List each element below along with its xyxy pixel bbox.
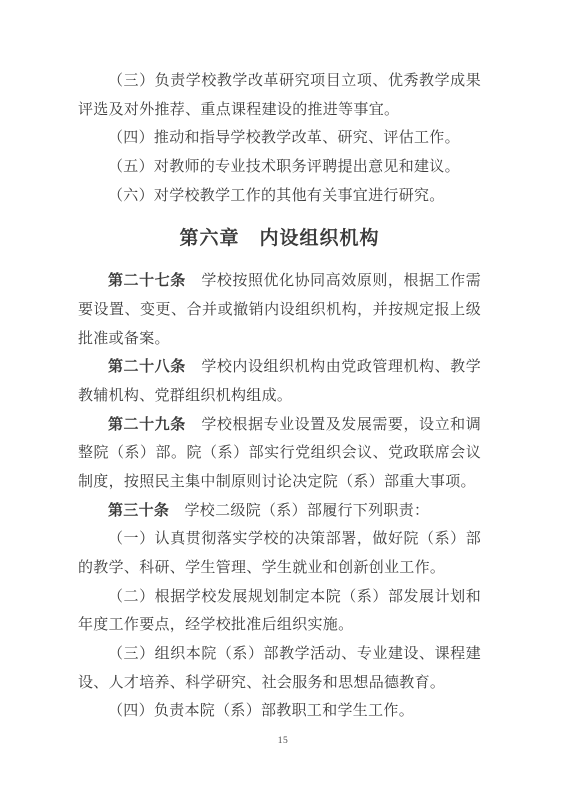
- text-segment: 设、人才培养、科学研究、社会服务和思想品德教育。: [78, 675, 445, 691]
- text-line: 第三十条 学校二级院（系）部履行下列职责：: [78, 497, 481, 526]
- text-line: 整院（系）部。院（系）部实行党组织会议、党政联席会议: [78, 439, 481, 468]
- text-segment: （四）负责本院（系）部教职工和学生工作。: [108, 703, 414, 719]
- text-line: （二）根据学校发展规划制定本院（系）部发展计划和: [78, 583, 481, 612]
- text-segment: （二）根据学校发展规划制定本院（系）部发展计划和: [108, 589, 481, 605]
- article-number: 第二十八条: [108, 359, 186, 375]
- text-line: 第二十八条 学校内设组织机构由党政管理机构、教学: [78, 353, 481, 382]
- text-line: 的教学、科研、学生管理、学生就业和创新创业工作。: [78, 554, 481, 583]
- text-segment: （四）推动和指导学校教学改革、研究、评估工作。: [108, 130, 460, 146]
- text-segment: （三）负责学校教学改革研究项目立项、优秀教学成果: [108, 73, 481, 89]
- text-segment: 教辅机构、党群组织机构组成。: [78, 388, 292, 404]
- text-line: （一）认真贯彻落实学校的决策部署，做好院（系）部: [78, 525, 481, 554]
- text-line: 批准或备案。: [78, 325, 481, 354]
- text-segment: （一）认真贯彻落实学校的决策部署，做好院（系）部: [108, 531, 481, 547]
- text-line: （四）负责本院（系）部教职工和学生工作。: [78, 697, 481, 726]
- article-number: 第三十条: [108, 503, 169, 519]
- article-number: 第二十七条: [108, 273, 186, 289]
- text-line: 第二十七条 学校按照优化协同高效原则，根据工作需: [78, 267, 481, 296]
- text-line: 要设置、变更、合并或撤销内设组织机构，并按规定报上级: [78, 296, 481, 325]
- text-line: 年度工作要点，经学校批准后组织实施。: [78, 611, 481, 640]
- chapter-heading-text: 第六章 内设组织机构: [179, 228, 379, 249]
- text-segment: 学校按照优化协同高效原则，根据工作需: [186, 273, 481, 289]
- text-line: （六）对学校教学工作的其他有关事宜进行研究。: [78, 182, 481, 211]
- text-segment: 批准或备案。: [78, 331, 170, 347]
- text-segment: 的教学、科研、学生管理、学生就业和创新创业工作。: [78, 560, 445, 576]
- text-segment: 整院（系）部。院（系）部实行党组织会议、党政联席会议: [78, 445, 481, 461]
- page-number: 15: [0, 736, 566, 746]
- text-segment: 制度，按照民主集中制原则讨论决定院（系）部重大事项。: [78, 474, 476, 490]
- text-line: （四）推动和指导学校教学改革、研究、评估工作。: [78, 124, 481, 153]
- text-segment: 评选及对外推荐、重点课程建设的推进等事宜。: [78, 102, 399, 118]
- text-segment: （五）对教师的专业技术职务评聘提出意见和建议。: [108, 159, 460, 175]
- text-segment: 年度工作要点，经学校批准后组织实施。: [78, 617, 353, 633]
- text-segment: 学校内设组织机构由党政管理机构、教学: [186, 359, 481, 375]
- text-line: （三）负责学校教学改革研究项目立项、优秀教学成果: [78, 67, 481, 96]
- text-line: 教辅机构、党群组织机构组成。: [78, 382, 481, 411]
- text-segment: 学校根据专业设置及发展需要，设立和调: [186, 417, 481, 433]
- document-body: （三）负责学校教学改革研究项目立项、优秀教学成果评选及对外推荐、重点课程建设的推…: [78, 67, 481, 726]
- text-segment: （六）对学校教学工作的其他有关事宜进行研究。: [108, 188, 445, 204]
- text-line: （五）对教师的专业技术职务评聘提出意见和建议。: [78, 153, 481, 182]
- text-segment: （三）组织本院（系）部教学活动、专业建设、课程建: [108, 646, 481, 662]
- text-line: 设、人才培养、科学研究、社会服务和思想品德教育。: [78, 669, 481, 698]
- document-page: （三）负责学校教学改革研究项目立项、优秀教学成果评选及对外推荐、重点课程建设的推…: [0, 0, 566, 800]
- text-segment: 要设置、变更、合并或撤销内设组织机构，并按规定报上级: [78, 302, 481, 318]
- text-segment: 学校二级院（系）部履行下列职责：: [169, 503, 429, 519]
- text-line: 评选及对外推荐、重点课程建设的推进等事宜。: [78, 96, 481, 125]
- text-line: 制度，按照民主集中制原则讨论决定院（系）部重大事项。: [78, 468, 481, 497]
- chapter-heading: 第六章 内设组织机构: [78, 225, 481, 254]
- text-line: 第二十九条 学校根据专业设置及发展需要，设立和调: [78, 411, 481, 440]
- text-line: （三）组织本院（系）部教学活动、专业建设、课程建: [78, 640, 481, 669]
- article-number: 第二十九条: [108, 417, 186, 433]
